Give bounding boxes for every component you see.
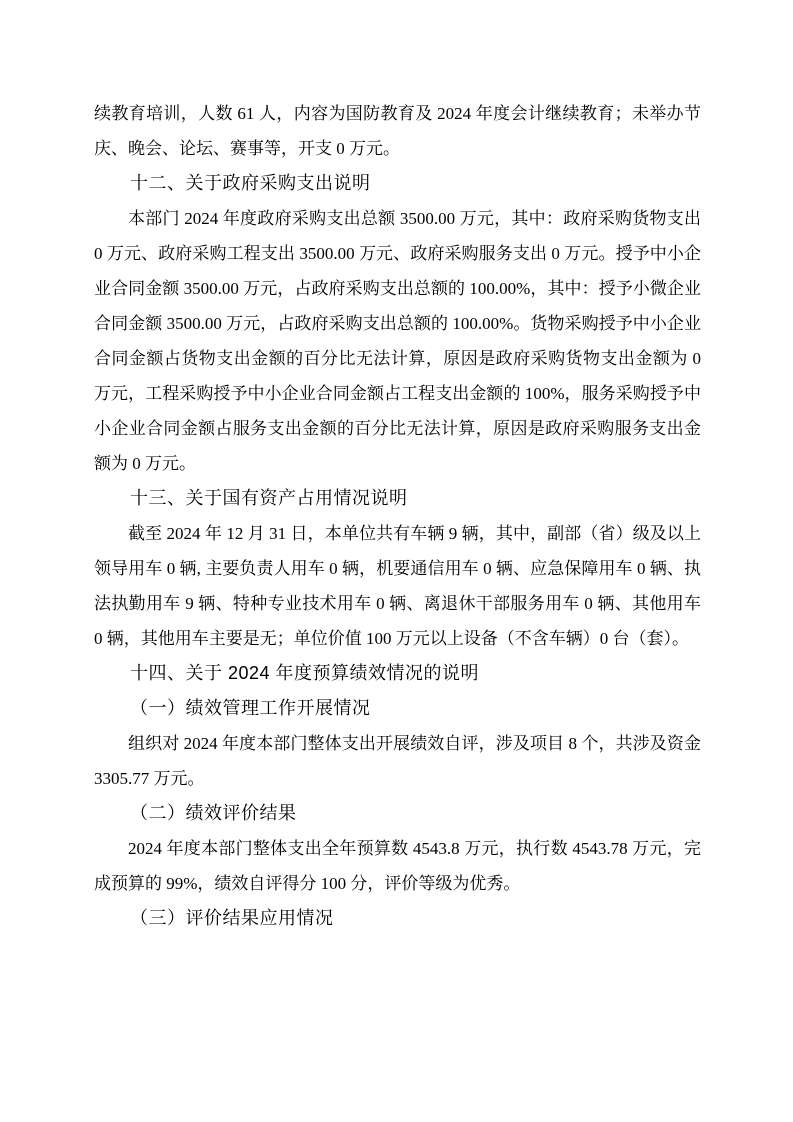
document-page: 续教育培训，人数 61 人，内容为国防教育及 2024 年度会计继续教育；未举办… xyxy=(0,0,793,1122)
paragraph-evaluation-result-details: 2024 年度本部门整体支出全年预算数 4543.8 万元，执行数 4543.7… xyxy=(94,831,701,901)
section-heading-13-state-assets: 十三、关于国有资产占用情况说明 xyxy=(94,481,701,516)
subsection-heading-2-evaluation-result: （二）绩效评价结果 xyxy=(94,796,701,831)
section-heading-14-budget-performance: 十四、关于 2024 年度预算绩效情况的说明 xyxy=(94,656,701,691)
paragraph-state-assets-details: 截至 2024 年 12 月 31 日，本单位共有车辆 9 辆，其中，副部（省）… xyxy=(94,516,701,656)
subsection-heading-3-result-application: （三）评价结果应用情况 xyxy=(94,901,701,936)
paragraph-training-continuation: 续教育培训，人数 61 人，内容为国防教育及 2024 年度会计继续教育；未举办… xyxy=(94,96,701,166)
paragraph-performance-management-details: 组织对 2024 年度本部门整体支出开展绩效自评，涉及项目 8 个，共涉及资金 … xyxy=(94,726,701,796)
paragraph-procurement-details: 本部门 2024 年度政府采购支出总额 3500.00 万元，其中：政府采购货物… xyxy=(94,201,701,481)
section-heading-12-government-procurement: 十二、关于政府采购支出说明 xyxy=(94,166,701,201)
subsection-heading-1-performance-management: （一）绩效管理工作开展情况 xyxy=(94,691,701,726)
